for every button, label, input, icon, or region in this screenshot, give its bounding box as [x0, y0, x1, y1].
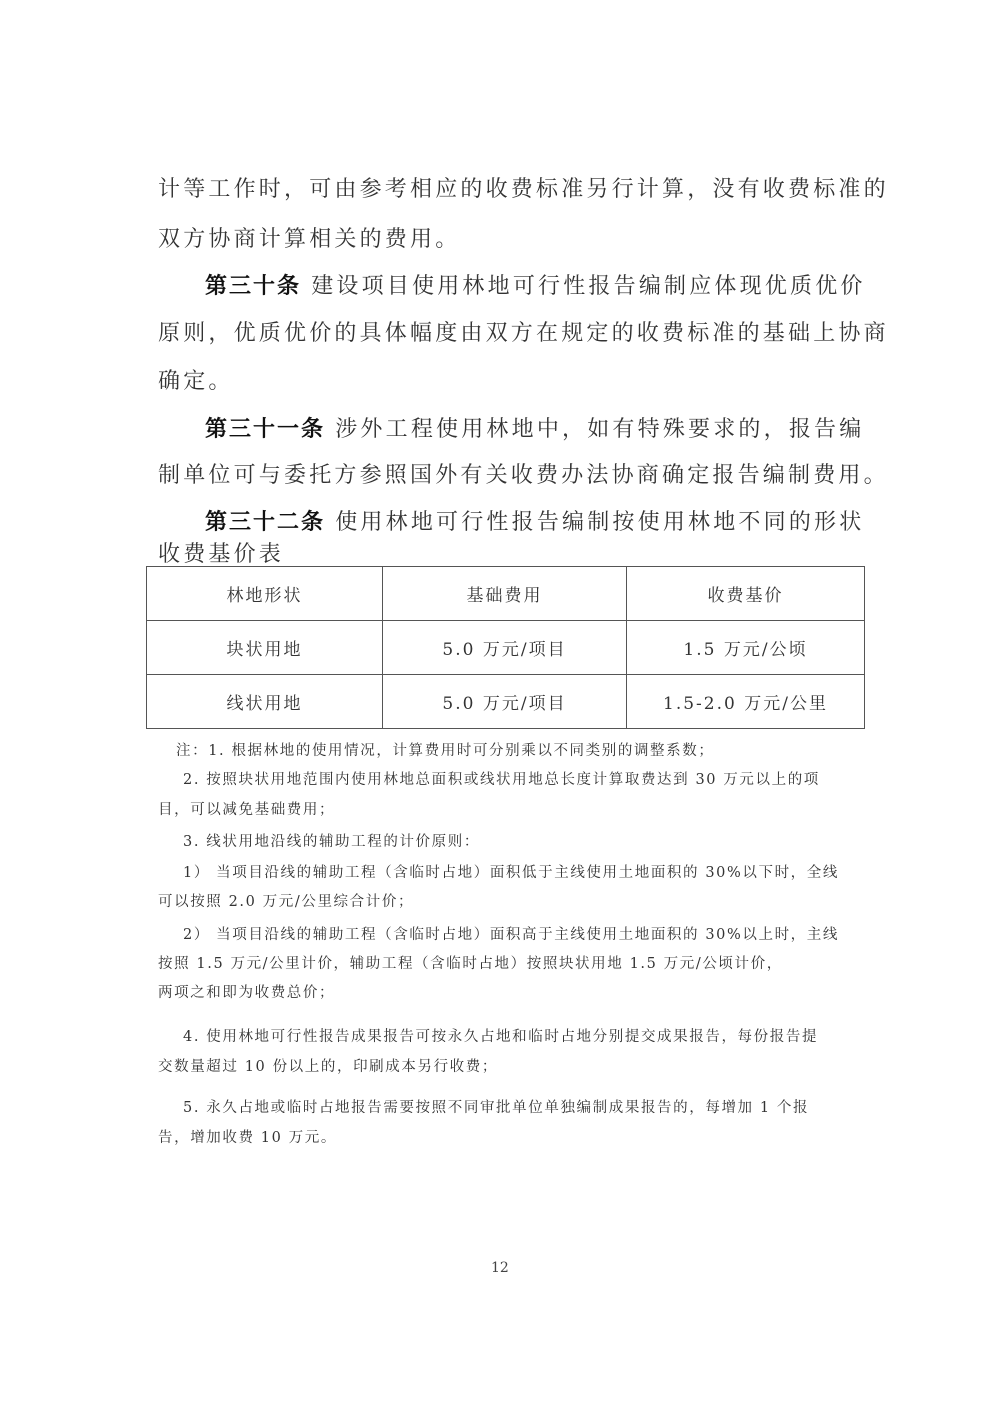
note-line: 两项之和即为收费总价；	[158, 983, 335, 1003]
note-line: 告，增加收费 10 万元。	[158, 1128, 337, 1148]
article-31-line2: 制单位可与委托方参照国外有关收费办法协商确定报告编制费用。	[158, 462, 889, 490]
table-cell: 块状用地	[147, 621, 383, 675]
article-31-heading: 第三十一条	[205, 416, 325, 442]
document-page: 计等工作时，可由参考相应的收费标准另行计算，没有收费标准的 双方协商计算相关的费…	[0, 0, 1000, 1413]
article-32-line1: 第三十二条 使用林地可行性报告编制按使用林地不同的形状	[205, 508, 864, 537]
note-line: 2. 按照块状用地范围内使用林地总面积或线状用地总长度计算取费达到 30 万元以…	[183, 770, 820, 790]
note-line: 2） 当项目沿线的辅助工程（含临时占地）面积高于主线使用土地面积的 30%以上时…	[183, 925, 839, 945]
article-32-heading: 第三十二条	[205, 509, 325, 535]
fee-base-price-table: 林地形状 基础费用 收费基价 块状用地 5.0 万元/项目 1.5 万元/公顷 …	[146, 566, 865, 729]
note-line: 3. 线状用地沿线的辅助工程的计价原则：	[183, 832, 480, 852]
article-30-heading: 第三十条	[205, 273, 301, 299]
table-row: 块状用地 5.0 万元/项目 1.5 万元/公顷	[147, 621, 865, 675]
table-cell: 1.5-2.0 万元/公里	[627, 675, 865, 729]
article-32-text: 使用林地可行性报告编制按使用林地不同的形状	[335, 510, 864, 535]
table-cell: 5.0 万元/项目	[383, 621, 627, 675]
note-line: 注：1. 根据林地的使用情况，计算费用时可分别乘以不同类别的调整系数；	[176, 741, 714, 761]
article-30-line2: 原则，优质优价的具体幅度由双方在规定的收费标准的基础上协商	[158, 320, 889, 348]
header-base-price: 收费基价	[627, 567, 865, 621]
page-number: 12	[491, 1260, 509, 1276]
note-line: 4. 使用林地可行性报告成果报告可按永久占地和临时占地分别提交成果报告，每份报告…	[183, 1027, 818, 1047]
article-30-line1: 第三十条 建设项目使用林地可行性报告编制应体现优质优价	[205, 272, 866, 301]
article-31-line1: 第三十一条 涉外工程使用林地中，如有特殊要求的，报告编	[205, 415, 864, 444]
note-line: 按照 1.5 万元/公里计价，辅助工程（含临时占地）按照块状用地 1.5 万元/…	[158, 954, 783, 974]
note-line: 可以按照 2.0 万元/公里综合计价；	[158, 892, 414, 912]
note-line: 交数量超过 10 份以上的，印刷成本另行收费；	[158, 1057, 498, 1077]
table-row: 线状用地 5.0 万元/项目 1.5-2.0 万元/公里	[147, 675, 865, 729]
header-base-fee: 基础费用	[383, 567, 627, 621]
table-caption: 收费基价表	[158, 541, 284, 569]
header-land-shape: 林地形状	[147, 567, 383, 621]
table-cell: 5.0 万元/项目	[383, 675, 627, 729]
note-line: 1） 当项目沿线的辅助工程（含临时占地）面积低于主线使用土地面积的 30%以下时…	[183, 863, 839, 883]
table-cell: 线状用地	[147, 675, 383, 729]
article-30-line3: 确定。	[158, 368, 234, 396]
note-line: 5. 永久占地或临时占地报告需要按照不同审批单位单独编制成果报告的，每增加 1 …	[183, 1098, 809, 1118]
article-30-text: 建设项目使用林地可行性报告编制应体现优质优价	[311, 274, 865, 299]
note-line: 目，可以减免基础费用；	[158, 800, 335, 820]
paragraph-line: 双方协商计算相关的费用。	[158, 226, 460, 254]
table-cell: 1.5 万元/公顷	[627, 621, 865, 675]
article-31-text: 涉外工程使用林地中，如有特殊要求的，报告编	[335, 417, 864, 442]
table-header-row: 林地形状 基础费用 收费基价	[147, 567, 865, 621]
paragraph-line: 计等工作时，可由参考相应的收费标准另行计算，没有收费标准的	[158, 176, 889, 204]
